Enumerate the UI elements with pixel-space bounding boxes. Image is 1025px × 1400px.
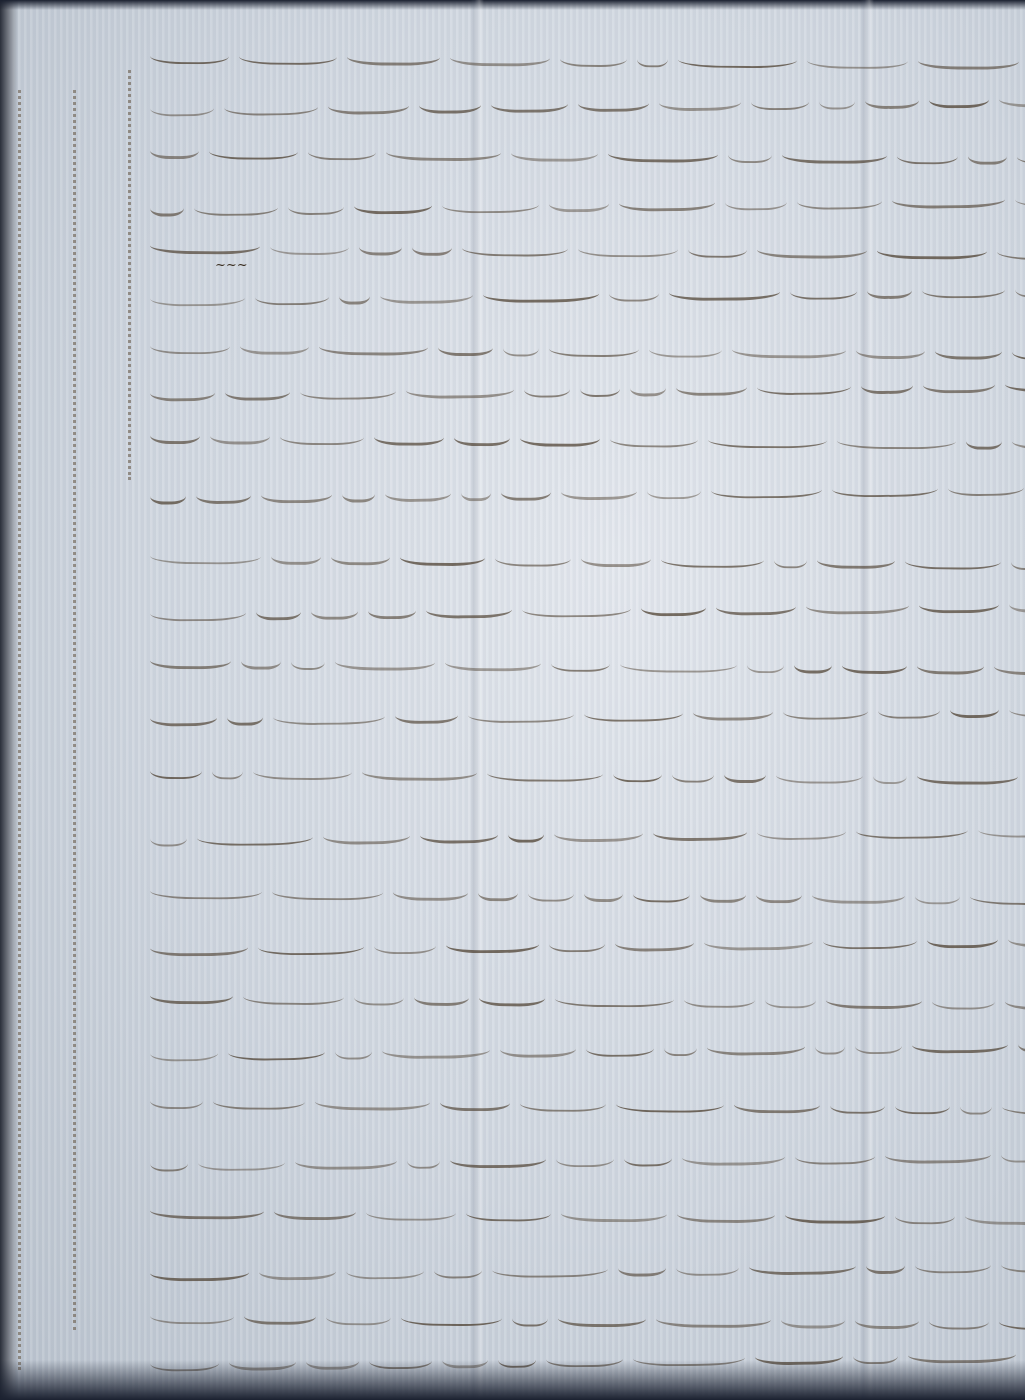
ink-word [150,43,229,64]
ink-word [386,140,501,162]
ink-word [678,47,797,68]
ink-word [653,819,747,841]
ink-word [335,649,435,671]
ink-word [749,1253,856,1275]
ink-word [978,816,1025,837]
ink-word [150,380,215,402]
ink-word [994,654,1025,676]
ink-word [785,1202,885,1224]
ink-word [776,763,863,784]
ink-word [150,935,248,957]
ink-word [806,593,909,615]
ink-word [794,652,832,673]
ink-word [912,1032,1008,1054]
ink-word [561,1201,667,1223]
ink-word [919,592,999,614]
ink-word [315,1089,430,1111]
ink-word [342,481,375,502]
handwritten-line [150,365,1025,404]
ink-word [966,429,1002,450]
ink-word [528,881,574,901]
ink-word [150,758,202,778]
ink-word [227,705,263,726]
ink-word [915,1252,991,1273]
ink-word [419,92,481,114]
ink-word [688,237,747,257]
ink-word [414,985,469,1006]
handwritten-line [150,1082,1025,1118]
handwritten-line [150,1025,1025,1064]
ink-word [707,1034,805,1056]
ink-word [704,929,813,951]
ink-word [150,543,261,564]
ink-word [407,1148,440,1168]
ink-word [708,427,827,448]
ink-word [244,1304,316,1326]
ink-word [922,277,1005,298]
ink-word [339,283,370,304]
handwritten-line [150,690,1025,729]
ink-word [420,822,498,844]
ink-word [1009,696,1025,717]
ink-word [728,142,772,162]
ink-word [895,1094,950,1114]
handwritten-line [150,585,1025,624]
ink-word [150,878,262,899]
ink-word [359,234,402,255]
handwritten-line [150,810,1025,849]
ink-word [669,279,780,301]
ink-word [968,144,1007,165]
ink-word [578,236,678,257]
ink-word [1005,371,1025,393]
manuscript-page: ~~~ [0,0,1025,1400]
ink-word [462,236,568,257]
ink-word [274,1199,356,1221]
ink-word [240,334,309,355]
ink-word [929,1309,989,1329]
ink-word [434,1258,482,1279]
ink-word [873,763,907,783]
ink-word [346,1258,424,1279]
ink-word [311,599,358,620]
ink-word [693,699,773,721]
ink-word [501,479,551,501]
ink-word [1005,989,1025,1011]
handwritten-line [150,1245,1025,1284]
ink-word [382,1037,490,1059]
handwritten-line [150,920,1025,959]
ink-word [905,549,1001,570]
ink-word [554,821,643,843]
ink-word [331,544,390,565]
ink-word [461,480,491,501]
handwritten-line [150,270,1025,309]
ink-word [797,189,882,210]
ink-word [812,882,905,904]
ink-word [225,379,290,401]
ink-word [374,424,444,445]
ink-word [892,187,1005,209]
ink-word [897,144,958,164]
ink-word [150,1151,188,1171]
ink-word [150,233,260,255]
ink-word [581,546,651,567]
ink-word [270,234,349,255]
handwritten-line [150,37,1025,73]
ink-word [213,1089,305,1110]
ink-word [551,651,610,671]
ink-word [751,89,809,110]
ink-word [647,478,701,499]
ink-word [273,704,385,725]
ink-word [649,337,722,358]
ink-word [630,375,666,396]
ink-word [239,44,337,65]
ink-word [150,285,245,306]
ink-word [659,89,741,111]
ink-word [511,140,598,162]
ink-word [1018,1031,1025,1052]
ink-word [520,1091,606,1112]
margin-note-column [128,70,131,480]
handwritten-line [150,537,1025,573]
ink-word [308,139,376,159]
ink-word [580,376,620,396]
page-edge-shadow [0,0,18,1400]
ink-word [300,379,396,400]
ink-word [319,334,428,356]
bottom-shadow [0,1360,1025,1400]
ink-word [150,1303,234,1324]
ink-word [856,338,925,359]
ink-word [677,1202,775,1224]
ink-word [676,374,747,396]
ink-word [253,759,352,780]
ink-word [150,826,187,846]
ink-word [150,1260,249,1282]
ink-word [288,194,344,215]
ink-word [586,1036,654,1057]
ink-word [150,483,186,504]
ink-word [633,882,690,902]
ink-word [328,93,409,115]
ink-word [672,762,714,782]
ink-word [1001,1252,1025,1273]
handwritten-line [150,417,1025,453]
ink-word [637,47,668,67]
ink-word [929,87,989,109]
ink-word [393,880,468,902]
ink-word [326,1305,391,1325]
ink-word [664,1035,697,1055]
ink-word [150,423,200,444]
ink-word [272,879,383,900]
ink-word [1012,339,1025,359]
ink-word [354,985,404,1005]
ink-word [495,546,571,567]
ink-word [258,934,364,955]
ink-word [549,931,605,952]
ink-word [856,818,968,839]
ink-word [450,1147,546,1169]
ink-word [948,475,1024,496]
ink-word [1002,1094,1025,1115]
ink-word [877,238,987,260]
ink-word [918,48,1019,70]
ink-word [549,191,609,213]
ink-word [445,650,541,672]
ink-word [915,884,960,904]
ink-word [725,190,787,211]
ink-word [867,278,912,299]
ink-word [684,987,755,1007]
ink-word [826,988,922,1010]
ink-word [783,699,868,720]
handwritten-line [150,327,1025,363]
ink-word [549,336,639,357]
ink-word [1001,1142,1025,1162]
ink-word [855,1033,902,1053]
ink-word [842,653,907,674]
ink-word [261,482,332,504]
ink-word [556,1146,614,1167]
ink-word [323,823,410,845]
ink-word [747,653,784,673]
ink-word [837,428,956,449]
ink-word [613,762,662,782]
ink-word [1015,277,1025,297]
ink-word [1017,144,1025,165]
ink-word [150,333,230,354]
ink-word [999,1309,1025,1330]
ink-word [446,932,539,954]
ink-word [500,1036,576,1058]
ink-word [832,476,938,497]
ink-word [641,595,706,617]
ink-word [271,544,321,565]
handwritten-line [150,80,1025,119]
ink-word [362,759,477,781]
ink-word [765,988,816,1008]
ink-word [454,425,510,446]
ink-word [774,548,807,568]
ink-word [442,192,539,213]
ink-word [487,761,603,782]
interlinear-gloss: ~~~ [215,258,248,273]
ink-word [756,882,802,903]
ink-word [1011,549,1025,569]
ink-word [512,1306,548,1326]
handwritten-line [150,1192,1025,1228]
ink-word [210,423,270,444]
ink-word [999,86,1025,108]
ink-word [615,930,694,952]
handwritten-line [150,1135,1025,1174]
ink-word [440,1090,510,1111]
ink-word [757,374,851,395]
ink-word [618,1255,666,1277]
ink-word [492,1256,608,1277]
ink-word [150,1198,264,1220]
ink-word [503,336,539,356]
handwritten-line [150,132,1025,168]
ink-word [682,1144,785,1166]
ink-word [395,702,458,724]
ink-word [508,822,544,843]
ink-word [584,881,623,902]
ink-word [522,596,631,617]
handwritten-line [150,227,1025,263]
ink-word [150,138,199,159]
ink-word [466,1201,551,1222]
ink-word [150,96,214,117]
ink-word [150,648,231,670]
ink-word [291,649,325,669]
ink-word [878,698,940,719]
ink-word [468,702,574,723]
ink-word [150,1088,203,1108]
ink-word [374,933,436,954]
ink-word [491,91,568,113]
ink-word [734,1092,820,1114]
ink-word [406,377,514,399]
ink-word [198,1150,285,1171]
ink-word [757,237,867,259]
ink-word [807,48,908,69]
ink-word [256,599,301,620]
ink-word [354,193,432,215]
ink-word [970,884,1025,905]
ink-word [700,882,746,903]
ink-word [815,1034,845,1054]
margin-note-column [18,90,21,1370]
ink-word [620,652,737,673]
ink-word [609,281,659,302]
ink-word [385,481,451,503]
ink-word [711,477,822,498]
ink-word [866,1253,905,1274]
ink-word [1015,186,1025,207]
ink-word [380,282,473,304]
ink-word [676,1255,739,1276]
ink-word [782,142,887,164]
ink-word [426,597,512,619]
handwritten-line [150,642,1025,678]
ink-word [781,1307,845,1328]
ink-word [401,1305,502,1326]
ink-word [368,598,416,620]
ink-word [855,1308,919,1329]
ink-word [280,424,364,445]
ink-word [927,927,998,949]
ink-word [624,1146,672,1167]
ink-word [861,373,913,395]
ink-word [584,701,683,722]
ink-word [823,928,917,949]
ink-word [335,1039,372,1059]
ink-word [1012,429,1025,451]
ink-word [616,1092,724,1113]
handwritten-line [150,752,1025,788]
ink-word [932,989,995,1009]
handwritten-line [150,180,1025,219]
ink-word [255,284,329,305]
ink-word [150,705,217,727]
ink-word [243,984,344,1005]
ink-word [438,335,493,356]
ink-word [524,377,570,397]
ink-word [795,1144,875,1165]
ink-word [555,986,674,1007]
ink-word [578,90,649,112]
ink-word [819,89,855,109]
ink-word [656,1306,771,1328]
ink-word [150,1040,218,1061]
ink-word [716,594,796,616]
ink-word [865,88,919,110]
ink-word [212,759,243,779]
handwritten-line [150,872,1025,908]
handwritten-line [150,977,1025,1013]
ink-word [150,983,233,1005]
handwritten-line [150,1297,1025,1333]
ink-word [561,479,637,501]
ink-word [450,45,550,67]
margin-note-column [73,90,76,1330]
ink-word [950,697,999,719]
ink-word [150,195,184,216]
ink-word [610,427,698,448]
ink-word [1009,591,1025,613]
ink-word [209,139,298,160]
ink-word [732,337,846,359]
ink-word [224,94,318,115]
ink-word [917,653,984,674]
ink-word [608,141,718,163]
ink-word [817,548,895,570]
ink-word [483,281,599,303]
ink-word [960,1094,992,1114]
handwritten-line [150,468,1025,507]
ink-word [194,195,278,216]
ink-word [619,190,715,212]
ink-word [366,1200,456,1221]
ink-word [196,483,251,505]
ink-word [520,425,600,447]
ink-word [895,1204,955,1224]
ink-word [400,545,485,567]
ink-word [935,338,1002,359]
ink-word [150,600,246,621]
ink-word [917,763,1018,785]
ink-word [412,235,452,256]
ink-word [558,1306,646,1328]
ink-word [724,762,766,783]
ink-word [661,547,764,568]
ink-word [997,239,1025,260]
ink-word [965,1204,1025,1226]
ink-word [1008,926,1025,948]
ink-word [347,44,440,66]
ink-word [478,880,518,901]
ink-word [830,1093,885,1113]
ink-word [560,46,627,66]
ink-word [790,279,857,300]
ink-word [259,1259,336,1281]
ink-word [241,649,281,670]
ink-word [885,1142,991,1164]
